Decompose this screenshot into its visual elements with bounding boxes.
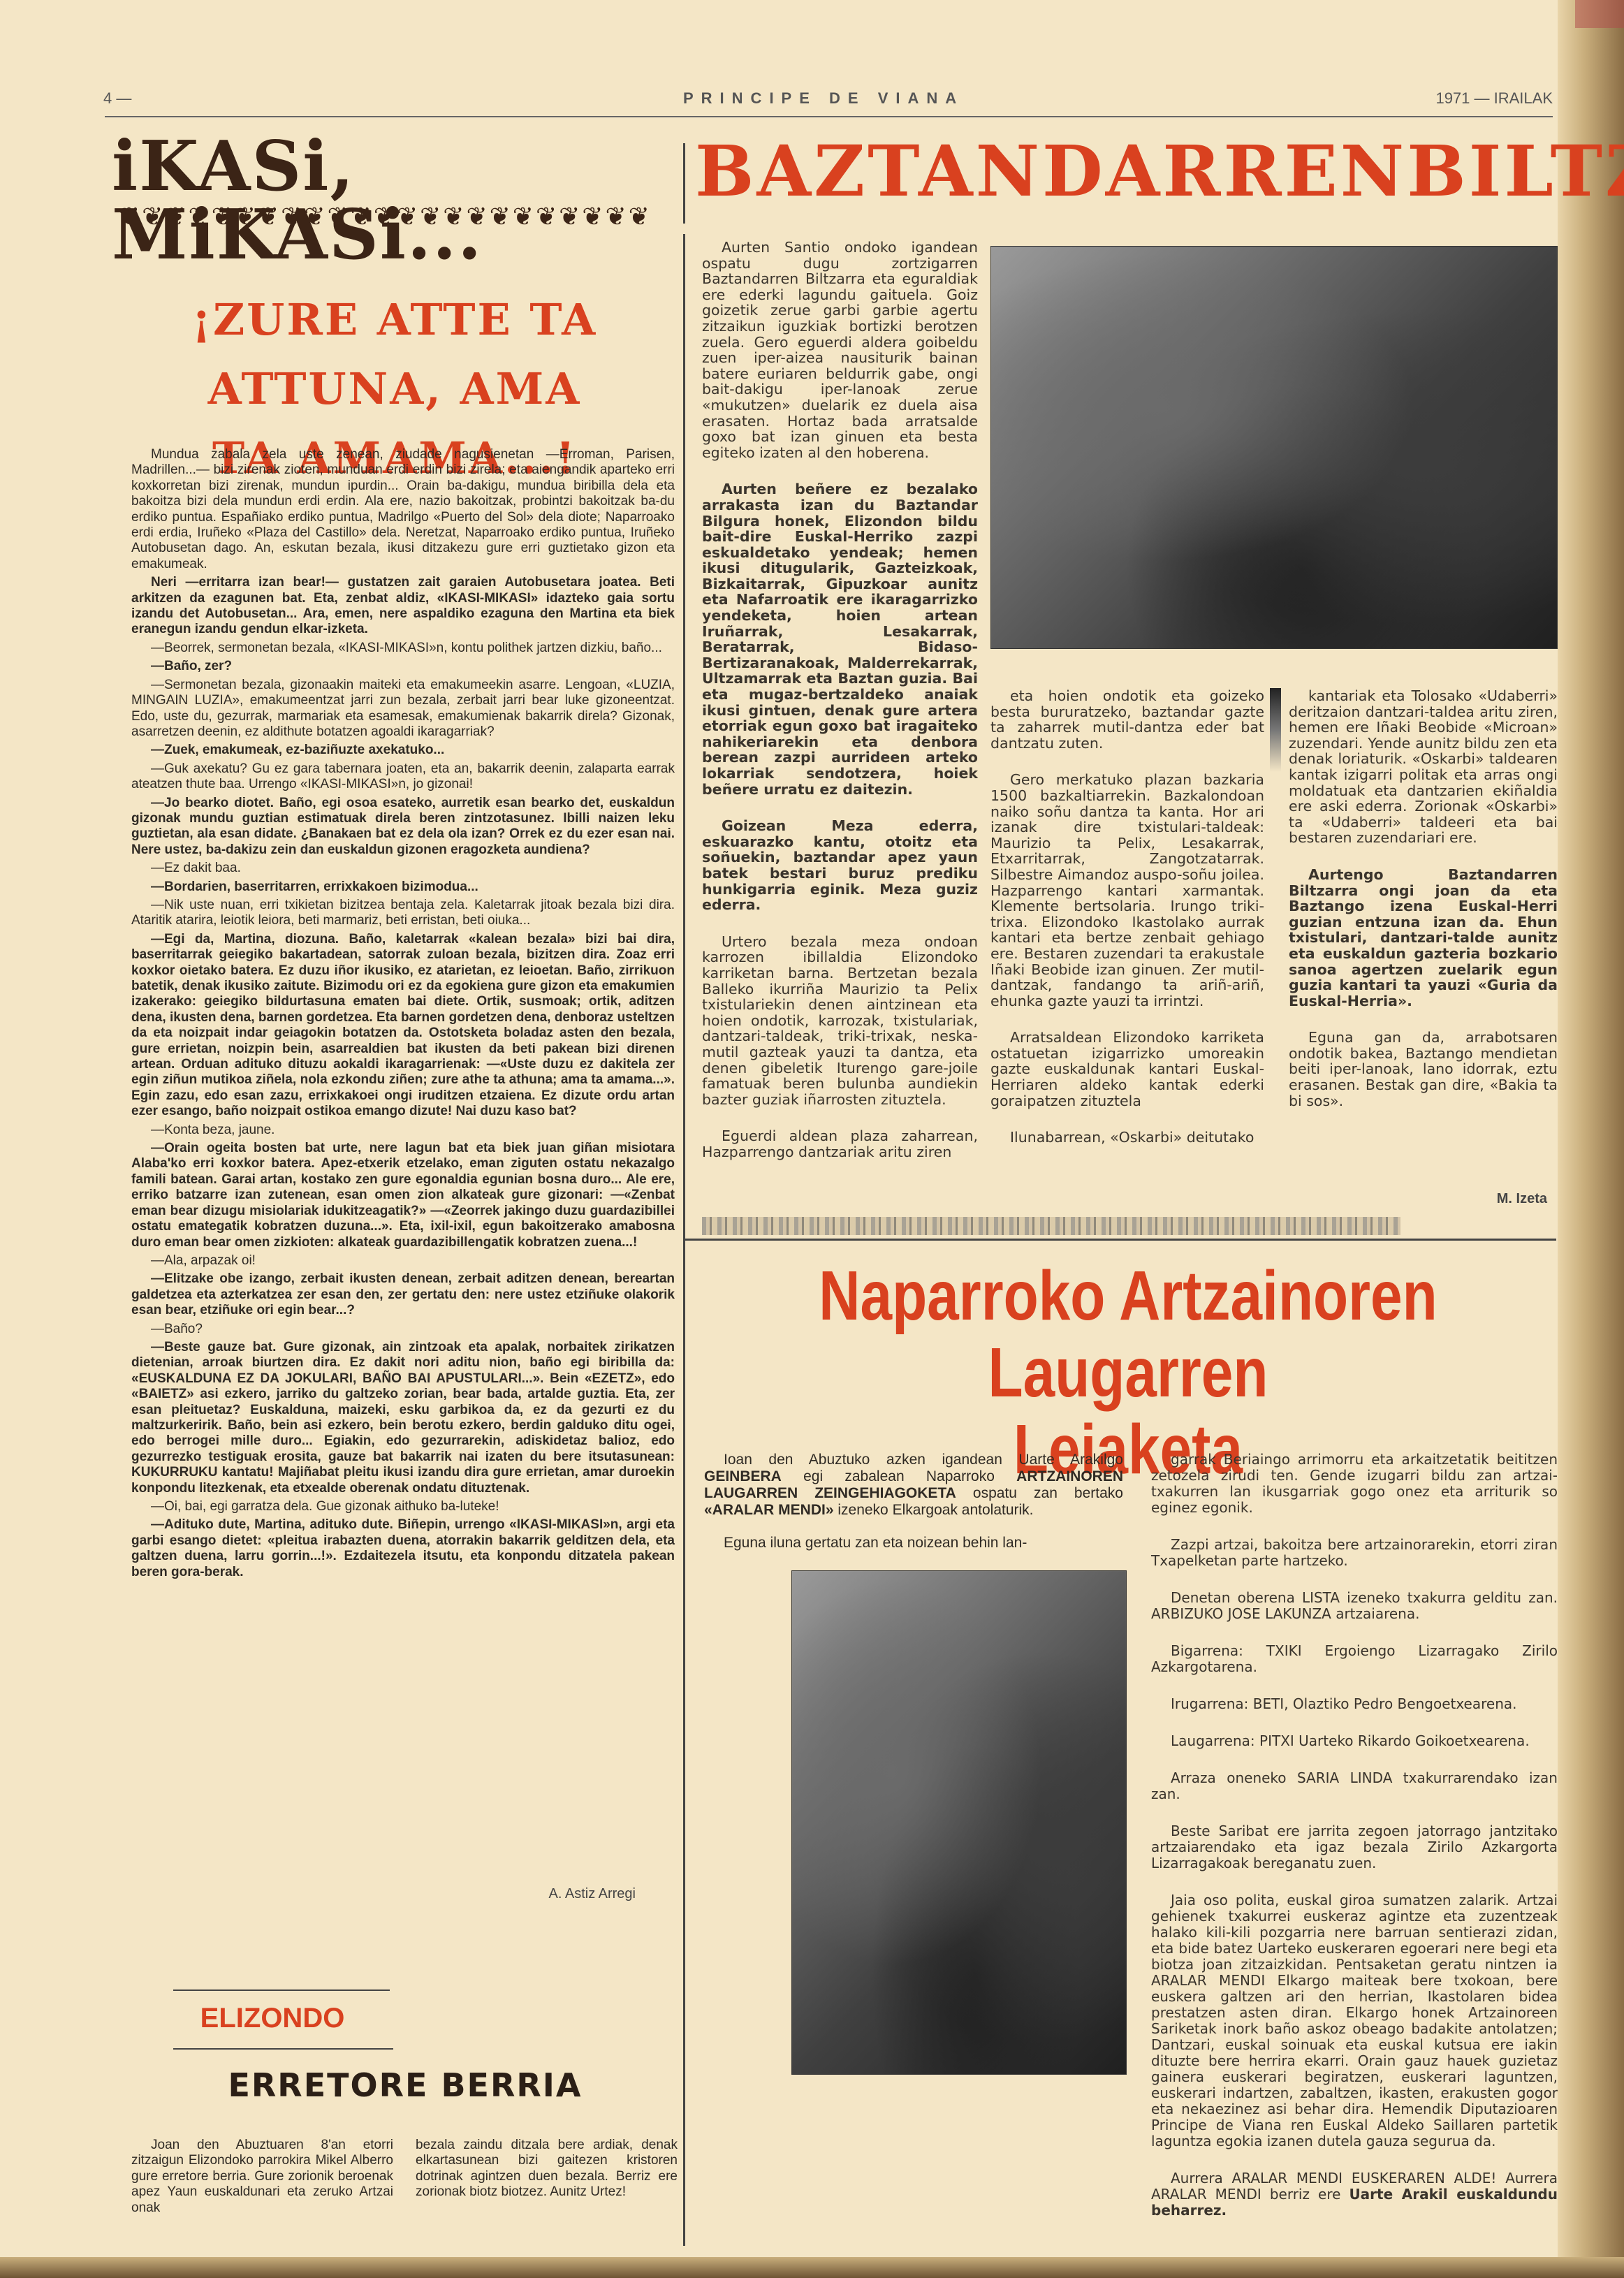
publication-name: PRINCIPE DE VIANA	[683, 89, 964, 108]
elizondo-kicker: ELIZONDO	[126, 2003, 419, 2034]
paragraph: eta hoien ondotik eta goizeko besta buru…	[990, 688, 1264, 751]
paragraph: Beste Saribat ere jarrita zegoen jatorra…	[1151, 1823, 1558, 1871]
binding-strip	[1575, 0, 1624, 28]
paragraph: Eguerdi aldean plaza zaharrean, Hazparre…	[702, 1128, 978, 1160]
paragraph: —Orain ogeita bosten bat urte, nere lagu…	[131, 1141, 675, 1250]
bottom-page-edge	[0, 2257, 1624, 2278]
paragraph: Gero merkatuko plazan bazkaria 1500 bazk…	[990, 772, 1264, 1009]
paragraph: Ilunabarrean, «Oskarbi» deitutako	[990, 1130, 1264, 1146]
rule	[173, 2048, 393, 2050]
baztan-signature: M. Izeta	[1327, 1191, 1547, 1207]
paragraph: Aurtengo Baztandarren Biltzarra ongi joa…	[1289, 867, 1558, 1009]
elizondo-col-1: Joan den Abuztuaren 8'an etorri zitzaigu…	[131, 2138, 393, 2219]
paragraph: garrak Beriaingo arrimorru eta arkaitzet…	[1151, 1452, 1558, 1516]
ornament-border: ❦❦❦❦❦❦❦❦❦❦❦❦❦❦❦❦❦❦❦❦❦❦❦	[119, 203, 678, 231]
paragraph: —Ez dakit baa.	[131, 861, 675, 876]
paragraph: —Elitzake obe izango, zerbait ikusten de…	[131, 1271, 675, 1318]
photo-bleed	[1270, 688, 1281, 772]
header-rule	[105, 116, 1553, 117]
ikasi-article-body: Mundua zabala zela uste zenean, ziudade …	[131, 447, 675, 1583]
print-noise	[702, 1217, 1400, 1235]
paragraph: —Beste gauze bat. Gure gizonak, ain zint…	[131, 1340, 675, 1496]
paragraph: Denetan oberena LISTA izeneko txakurra g…	[1151, 1590, 1558, 1622]
paragraph: Neri —erritarra izan bear!— gustatzen za…	[131, 575, 675, 638]
paragraph: —Adituko dute, Martina, adituko dute. Bi…	[131, 1517, 675, 1580]
elizondo-col-2: bezala zaindu ditzala bere ardiak, denak…	[416, 2138, 678, 2203]
baztan-col-2: eta hoien ondotik eta goizeko besta buru…	[990, 688, 1264, 1167]
page-edge-shadow	[1558, 0, 1624, 2278]
paragraph: Laugarrena: PITXI Uarteko Rikardo Goikoe…	[1151, 1733, 1558, 1749]
paragraph: Arratsaldean Elizondoko karriketa ostatu…	[990, 1030, 1264, 1109]
paragraph: —Sermonetan bezala, gizonaakin maiteki e…	[131, 678, 675, 740]
paragraph: Ioan den Abuztuko azken igandean Uarte A…	[704, 1452, 1123, 1519]
paragraph: —Ala, arpazak oi!	[131, 1253, 675, 1269]
paragraph: —Guk axekatu? Gu ez gara tabernara joate…	[131, 761, 675, 793]
naparroko-col-2: garrak Beriaingo arrimorru eta arkaitzet…	[1151, 1452, 1558, 2240]
column-rule	[683, 143, 685, 224]
rule	[173, 1989, 390, 1991]
paragraph: Arraza oneneko SARIA LINDA txakurrarenda…	[1151, 1770, 1558, 1802]
paragraph: kantariak eta Tolosako «Udaberri» deritz…	[1289, 688, 1558, 846]
paragraph: Urtero bezala meza ondoan karrozen ibill…	[702, 934, 978, 1108]
paragraph: —Baño, zer?	[131, 659, 675, 674]
paragraph: Mundua zabala zela uste zenean, ziudade …	[131, 447, 675, 572]
running-header: 4 — PRINCIPE DE VIANA 1971 — IRAILAK	[103, 89, 1553, 117]
baztan-col-3: kantariak eta Tolosako «Udaberri» deritz…	[1289, 688, 1558, 1130]
paragraph: —Jo bearko diotet. Baño, egi osoa esatek…	[131, 796, 675, 859]
paragraph: —Egi da, Martina, diozuna. Baño, kaletar…	[131, 932, 675, 1120]
section-rule	[685, 1239, 1556, 1241]
paragraph: Aurrera ARALAR MENDI EUSKERAREN ALDE! Au…	[1151, 2170, 1558, 2219]
naparroko-photo: shepherds-with-dog-photo	[791, 1570, 1127, 2075]
paragraph: Aurten beñere ez bezalako arrakasta izan…	[702, 481, 978, 797]
paragraph: —Zuek, emakumeak, ez-baziñuzte axekatuko…	[131, 743, 675, 758]
baztandarren-title: BAZTANDARREN BILTZARRA	[695, 136, 1554, 206]
paragraph: Goizean Meza ederra, eskuarazko kantu, o…	[702, 818, 978, 913]
paragraph: Aurten Santio ondoko igandean ospatu dug…	[702, 240, 978, 460]
naparroko-col-1-tail: Eguna iluna gertatu zan eta noizean behi…	[704, 1535, 1123, 1554]
paragraph: —Beorrek, sermonetan bezala, «IKASI-MIKA…	[131, 641, 675, 656]
paragraph: —Konta beza, jaune.	[131, 1123, 675, 1138]
paragraph: —Nik uste nuan, erri txikietan bizitzea …	[131, 898, 675, 929]
paragraph: —Bordarien, baserritarren, errixkakoen b…	[131, 879, 675, 895]
erretore-berria-title: ERRETORE BERRIA	[126, 2066, 685, 2104]
ikasi-mikasi-title: iKASi, MiKASi...	[112, 133, 678, 270]
paragraph: Jaia oso polita, euskal giroa sumatzen z…	[1151, 1892, 1558, 2149]
headline-line-1: ¡ZURE ATTE TA ATTUNA, AMA	[105, 285, 685, 423]
paragraph: Irugarrena: BETI, Olaztiko Pedro Bengoet…	[1151, 1696, 1558, 1712]
paragraph: Bigarrena: TXIKI Ergoiengo Lizarragako Z…	[1151, 1643, 1558, 1675]
paragraph: Eguna gan da, arrabotsaren ondotik bakea…	[1289, 1030, 1558, 1109]
paragraph: Zazpi artzai, bakoitza bere artzainorare…	[1151, 1537, 1558, 1569]
paragraph: —Baño?	[131, 1322, 675, 1337]
page-number: 4 —	[103, 89, 131, 108]
naparroko-intro: Ioan den Abuztuko azken igandean Uarte A…	[704, 1452, 1123, 1521]
issue-date: 1971 — IRAILAK	[1435, 89, 1553, 108]
paragraph: —Oi, bai, egi garratza dela. Gue gizonak…	[131, 1499, 675, 1514]
baztan-col-1: Aurten Santio ondoko igandean ospatu dug…	[702, 240, 978, 1181]
baztan-photo: children-in-traditional-dress-photo	[990, 246, 1558, 649]
ikasi-signature: A. Astiz Arregi	[419, 1886, 636, 1902]
